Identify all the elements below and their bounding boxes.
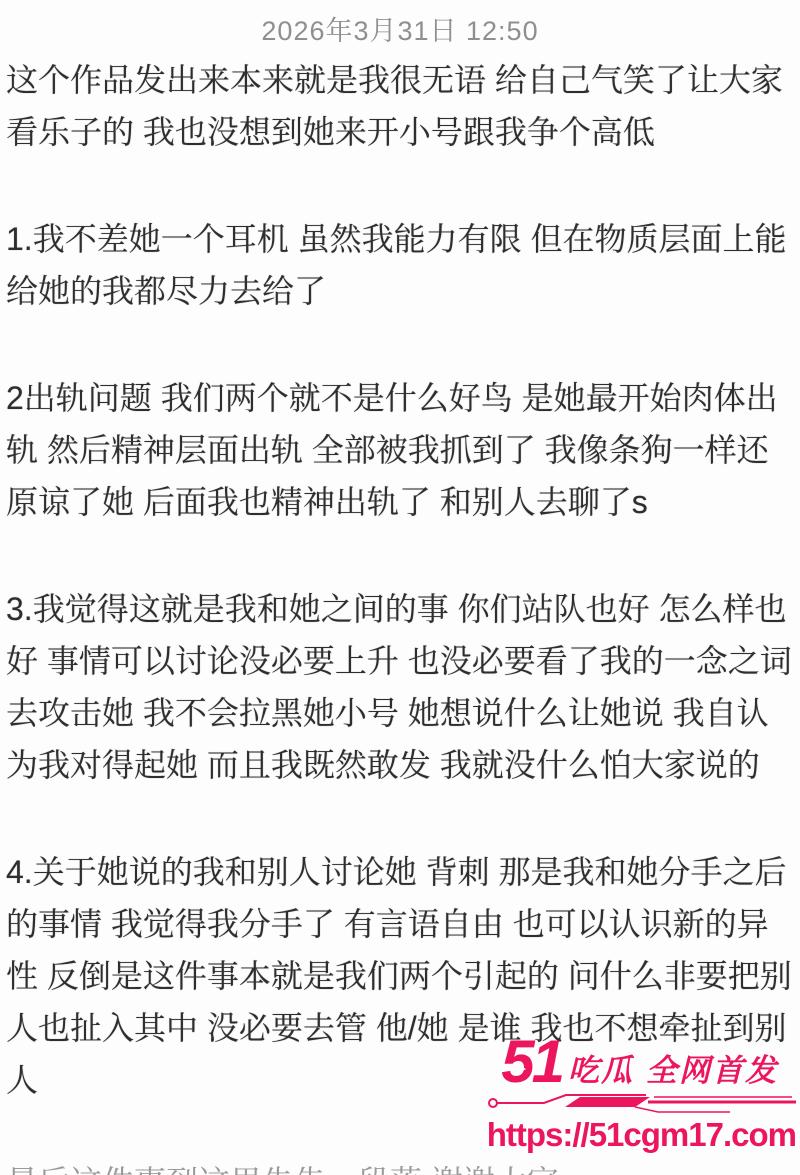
play-triangle-icon (514, 1062, 526, 1076)
watermark-url: https://51cgm17.com (458, 1116, 798, 1154)
post-timestamp: 2026年3月31日 12:50 (0, 0, 800, 48)
watermark-tagline: 全网首发 (646, 1055, 778, 1086)
watermark-brand-name: 吃瓜 (568, 1055, 634, 1086)
post-paragraph: 这个作品发出来本来就是我很无语 给自己气笑了让大家看乐子的 我也没想到她来开小号… (6, 54, 794, 158)
clipped-text-line: 最后这件事到这里先告一段落 谢谢大家 (0, 1161, 800, 1175)
watermark-brand-row: 51 吃瓜 全网首发 (458, 1038, 798, 1086)
watermark-51-text: 51 (501, 1028, 562, 1095)
post-paragraph: 1.我不差她一个耳机 虽然我能力有限 但在物质层面上能给她的我都尽力去给了 (6, 213, 794, 317)
watermark: 51 吃瓜 全网首发 https://51cgm17.com (458, 1038, 798, 1154)
post-paragraph: 3.我觉得这就是我和她之间的事 你们站队也好 怎么样也好 事情可以讨论没必要上升… (6, 583, 794, 791)
post-body: 这个作品发出来本来就是我很无语 给自己气笑了让大家看乐子的 我也没想到她来开小号… (0, 54, 800, 1106)
watermark-51-logo: 51 (501, 1038, 568, 1086)
post-paragraph: 2出轨问题 我们两个就不是什么好鸟 是她最开始肉体出轨 然后精神层面出轨 全部被… (6, 372, 794, 528)
